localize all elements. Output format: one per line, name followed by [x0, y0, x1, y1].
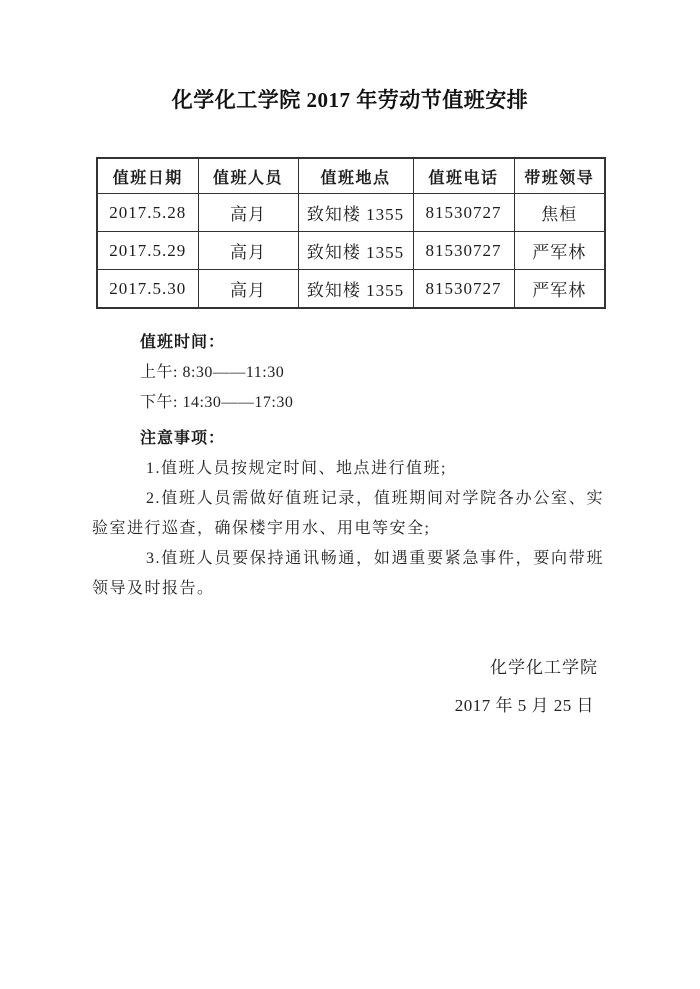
note-item-3: 3.值班人员要保持通讯畅通，如遇重要紧急事件，要向带班领导及时报告。 — [92, 544, 604, 604]
header-duty-date: 值班日期 — [97, 158, 198, 194]
table-header-row: 值班日期 值班人员 值班地点 值班电话 带班领导 — [97, 158, 605, 194]
cell-duty-phone: 81530727 — [413, 194, 514, 232]
table-row: 2017.5.30 高月 致知楼 1355 81530727 严军林 — [97, 270, 605, 309]
cell-duty-phone: 81530727 — [413, 270, 514, 309]
header-duty-person: 值班人员 — [198, 158, 298, 194]
cell-duty-person: 高月 — [198, 270, 298, 309]
cell-duty-date: 2017.5.29 — [97, 232, 198, 270]
cell-duty-date: 2017.5.28 — [97, 194, 198, 232]
table-row: 2017.5.28 高月 致知楼 1355 81530727 焦桓 — [97, 194, 605, 232]
cell-duty-location: 致知楼 1355 — [298, 270, 413, 309]
cell-duty-leader: 焦桓 — [514, 194, 605, 232]
cell-duty-person: 高月 — [198, 194, 298, 232]
header-duty-location: 值班地点 — [298, 158, 413, 194]
duty-schedule-table: 值班日期 值班人员 值班地点 值班电话 带班领导 2017.5.28 高月 致知… — [96, 157, 606, 309]
duty-time-afternoon: 下午: 14:30——17:30 — [92, 388, 604, 418]
notes-heading: 注意事项： — [92, 424, 604, 454]
signature-block: 化学化工学院 2017 年 5 月 25 日 — [92, 656, 604, 718]
document-page: 化学化工学院 2017 年劳动节值班安排 值班日期 值班人员 值班地点 值班电话… — [0, 0, 700, 989]
cell-duty-person: 高月 — [198, 232, 298, 270]
cell-duty-location: 致知楼 1355 — [298, 232, 413, 270]
note-item-2: 2.值班人员需做好值班记录，值班期间对学院各办公室、实验室进行巡查，确保楼宇用水… — [92, 484, 604, 544]
table-row: 2017.5.29 高月 致知楼 1355 81530727 严军林 — [97, 232, 605, 270]
duty-time-heading: 值班时间： — [92, 328, 604, 358]
cell-duty-date: 2017.5.30 — [97, 270, 198, 309]
duty-time-morning: 上午: 8:30——11:30 — [92, 358, 604, 388]
cell-duty-leader: 严军林 — [514, 232, 605, 270]
document-body: 值班时间： 上午: 8:30——11:30 下午: 14:30——17:30 注… — [92, 328, 604, 604]
cell-duty-location: 致知楼 1355 — [298, 194, 413, 232]
cell-duty-leader: 严军林 — [514, 270, 605, 309]
header-duty-leader: 带班领导 — [514, 158, 605, 194]
signature-org: 化学化工学院 — [92, 656, 604, 680]
document-title: 化学化工学院 2017 年劳动节值班安排 — [0, 86, 700, 114]
cell-duty-phone: 81530727 — [413, 232, 514, 270]
note-item-1: 1.值班人员按规定时间、地点进行值班; — [92, 454, 604, 484]
signature-date: 2017 年 5 月 25 日 — [92, 694, 604, 718]
header-duty-phone: 值班电话 — [413, 158, 514, 194]
